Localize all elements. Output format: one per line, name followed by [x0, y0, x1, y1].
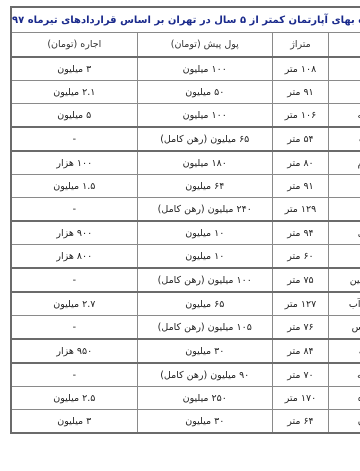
- cell-rent: ۲.۷ میلیون: [11, 292, 137, 316]
- cell-area: نارمک: [328, 175, 360, 198]
- cell-rent: ۲.۵ میلیون: [11, 387, 137, 410]
- rent-table: مظنه اجاره بهای آپارتمان کمتر از ۵ سال د…: [10, 6, 360, 434]
- cell-area: ابوذر: [328, 198, 360, 222]
- table-row: ازگل۱۰۸ متر۱۰۰ میلیون۳ میلیون: [11, 57, 360, 81]
- cell-size: ۱۷۰ متر: [272, 387, 328, 410]
- cell-area: صادقیه: [328, 104, 360, 128]
- table-row: گلابدره۱۷۰ متر۲۵۰ میلیون۲.۵ میلیون: [11, 387, 360, 410]
- table-row: جوادیه۸۴ متر۳۰ میلیون۹۵۰ هزار: [11, 339, 360, 363]
- cell-deposit: ۹۰ میلیون (رهن کامل): [137, 363, 272, 387]
- cell-deposit: ۱۰۰ میلیون (رهن کامل): [137, 268, 272, 292]
- title-row: مظنه اجاره بهای آپارتمان کمتر از ۵ سال د…: [11, 7, 360, 33]
- cell-rent: ۲.۱ میلیون: [11, 81, 137, 104]
- cell-area: نیاوران: [328, 410, 360, 434]
- cell-size: ۱۰۸ متر: [272, 57, 328, 81]
- cell-area: گلابدره: [328, 387, 360, 410]
- table-row: ابوذر۱۲۹ متر۲۴۰ میلیون (رهن کامل)-: [11, 198, 360, 222]
- cell-size: ۷۵ متر: [272, 268, 328, 292]
- table-row: استاد معین۷۵ متر۱۰۰ میلیون (رهن کامل)-: [11, 268, 360, 292]
- cell-deposit: ۱۰ میلیون: [137, 221, 272, 245]
- header-area: محله: [328, 33, 360, 58]
- cell-area: پیروزی: [328, 221, 360, 245]
- cell-size: ۸۰ متر: [272, 151, 328, 175]
- cell-rent: -: [11, 316, 137, 340]
- cell-rent: ۱۰۰ هزار: [11, 151, 137, 175]
- cell-rent: ۳ میلیون: [11, 410, 137, 434]
- cell-rent: -: [11, 198, 137, 222]
- cell-area: تهرانپارس: [328, 316, 360, 340]
- cell-area: افسریه: [328, 363, 360, 387]
- cell-size: ۱۲۷ متر: [272, 292, 328, 316]
- table-row: سازمان آب۱۲۷ متر۶۵ میلیون۲.۷ میلیون: [11, 292, 360, 316]
- cell-size: ۹۴ متر: [272, 221, 328, 245]
- cell-area: استاد معین: [328, 268, 360, 292]
- table-row: آلستوم۸۰ متر۱۸۰ میلیون۱۰۰ هزار: [11, 151, 360, 175]
- table-row: پیروزی۹۴ متر۱۰ میلیون۹۰۰ هزار: [11, 221, 360, 245]
- cell-deposit: ۱۰ میلیون: [137, 245, 272, 269]
- table-row: افسریه۷۰ متر۹۰ میلیون (رهن کامل)-: [11, 363, 360, 387]
- header-rent: اجاره (تومان): [11, 33, 137, 58]
- cell-rent: -: [11, 127, 137, 151]
- cell-area: آلستوم: [328, 151, 360, 175]
- header-size: متراژ: [272, 33, 328, 58]
- cell-area: سازمان آب: [328, 292, 360, 316]
- cell-area: جوادیه: [328, 339, 360, 363]
- cell-rent: ۹۰۰ هزار: [11, 221, 137, 245]
- table-row: آپادانا۹۱ متر۵۰ میلیون۲.۱ میلیون: [11, 81, 360, 104]
- table-row: صادقیه۱۰۶ متر۱۰۰ میلیون۵ میلیون: [11, 104, 360, 128]
- table-title: مظنه اجاره بهای آپارتمان کمتر از ۵ سال د…: [11, 7, 360, 33]
- cell-deposit: ۱۸۰ میلیون: [137, 151, 272, 175]
- cell-deposit: ۶۵ میلیون (رهن کامل): [137, 127, 272, 151]
- cell-deposit: ۱۰۰ میلیون: [137, 57, 272, 81]
- header-deposit: پول پیش (تومان): [137, 33, 272, 58]
- cell-area: امامت: [328, 127, 360, 151]
- cell-deposit: ۱۰۵ میلیون (رهن کامل): [137, 316, 272, 340]
- cell-deposit: ۲۵۰ میلیون: [137, 387, 272, 410]
- table-row: آهنگ۶۰ متر۱۰ میلیون۸۰۰ هزار: [11, 245, 360, 269]
- table-row: تهرانپارس۷۶ متر۱۰۵ میلیون (رهن کامل)-: [11, 316, 360, 340]
- rent-table-container: مظنه اجاره بهای آپارتمان کمتر از ۵ سال د…: [10, 6, 356, 434]
- cell-size: ۸۴ متر: [272, 339, 328, 363]
- cell-size: ۵۴ متر: [272, 127, 328, 151]
- cell-size: ۷۶ متر: [272, 316, 328, 340]
- cell-size: ۹۱ متر: [272, 175, 328, 198]
- table-row: نیاوران۶۴ متر۳۰ میلیون۳ میلیون: [11, 410, 360, 434]
- cell-size: ۱۲۹ متر: [272, 198, 328, 222]
- header-row: محله متراژ پول پیش (تومان) اجاره (تومان): [11, 33, 360, 58]
- cell-deposit: ۳۰ میلیون: [137, 339, 272, 363]
- cell-area: آپادانا: [328, 81, 360, 104]
- cell-deposit: ۱۰۰ میلیون: [137, 104, 272, 128]
- cell-rent: ۸۰۰ هزار: [11, 245, 137, 269]
- cell-deposit: ۵۰ میلیون: [137, 81, 272, 104]
- cell-rent: -: [11, 268, 137, 292]
- table-body: ازگل۱۰۸ متر۱۰۰ میلیون۳ میلیونآپادانا۹۱ م…: [11, 57, 360, 433]
- cell-size: ۶۴ متر: [272, 410, 328, 434]
- cell-size: ۷۰ متر: [272, 363, 328, 387]
- cell-size: ۱۰۶ متر: [272, 104, 328, 128]
- cell-rent: ۹۵۰ هزار: [11, 339, 137, 363]
- cell-size: ۹۱ متر: [272, 81, 328, 104]
- cell-size: ۶۰ متر: [272, 245, 328, 269]
- cell-deposit: ۶۴ میلیون: [137, 175, 272, 198]
- table-row: نارمک۹۱ متر۶۴ میلیون۱.۵ میلیون: [11, 175, 360, 198]
- cell-deposit: ۲۴۰ میلیون (رهن کامل): [137, 198, 272, 222]
- cell-area: آهنگ: [328, 245, 360, 269]
- cell-rent: ۳ میلیون: [11, 57, 137, 81]
- cell-deposit: ۳۰ میلیون: [137, 410, 272, 434]
- cell-rent: ۵ میلیون: [11, 104, 137, 128]
- table-row: امامت۵۴ متر۶۵ میلیون (رهن کامل)-: [11, 127, 360, 151]
- cell-rent: ۱.۵ میلیون: [11, 175, 137, 198]
- cell-area: ازگل: [328, 57, 360, 81]
- cell-rent: -: [11, 363, 137, 387]
- cell-deposit: ۶۵ میلیون: [137, 292, 272, 316]
